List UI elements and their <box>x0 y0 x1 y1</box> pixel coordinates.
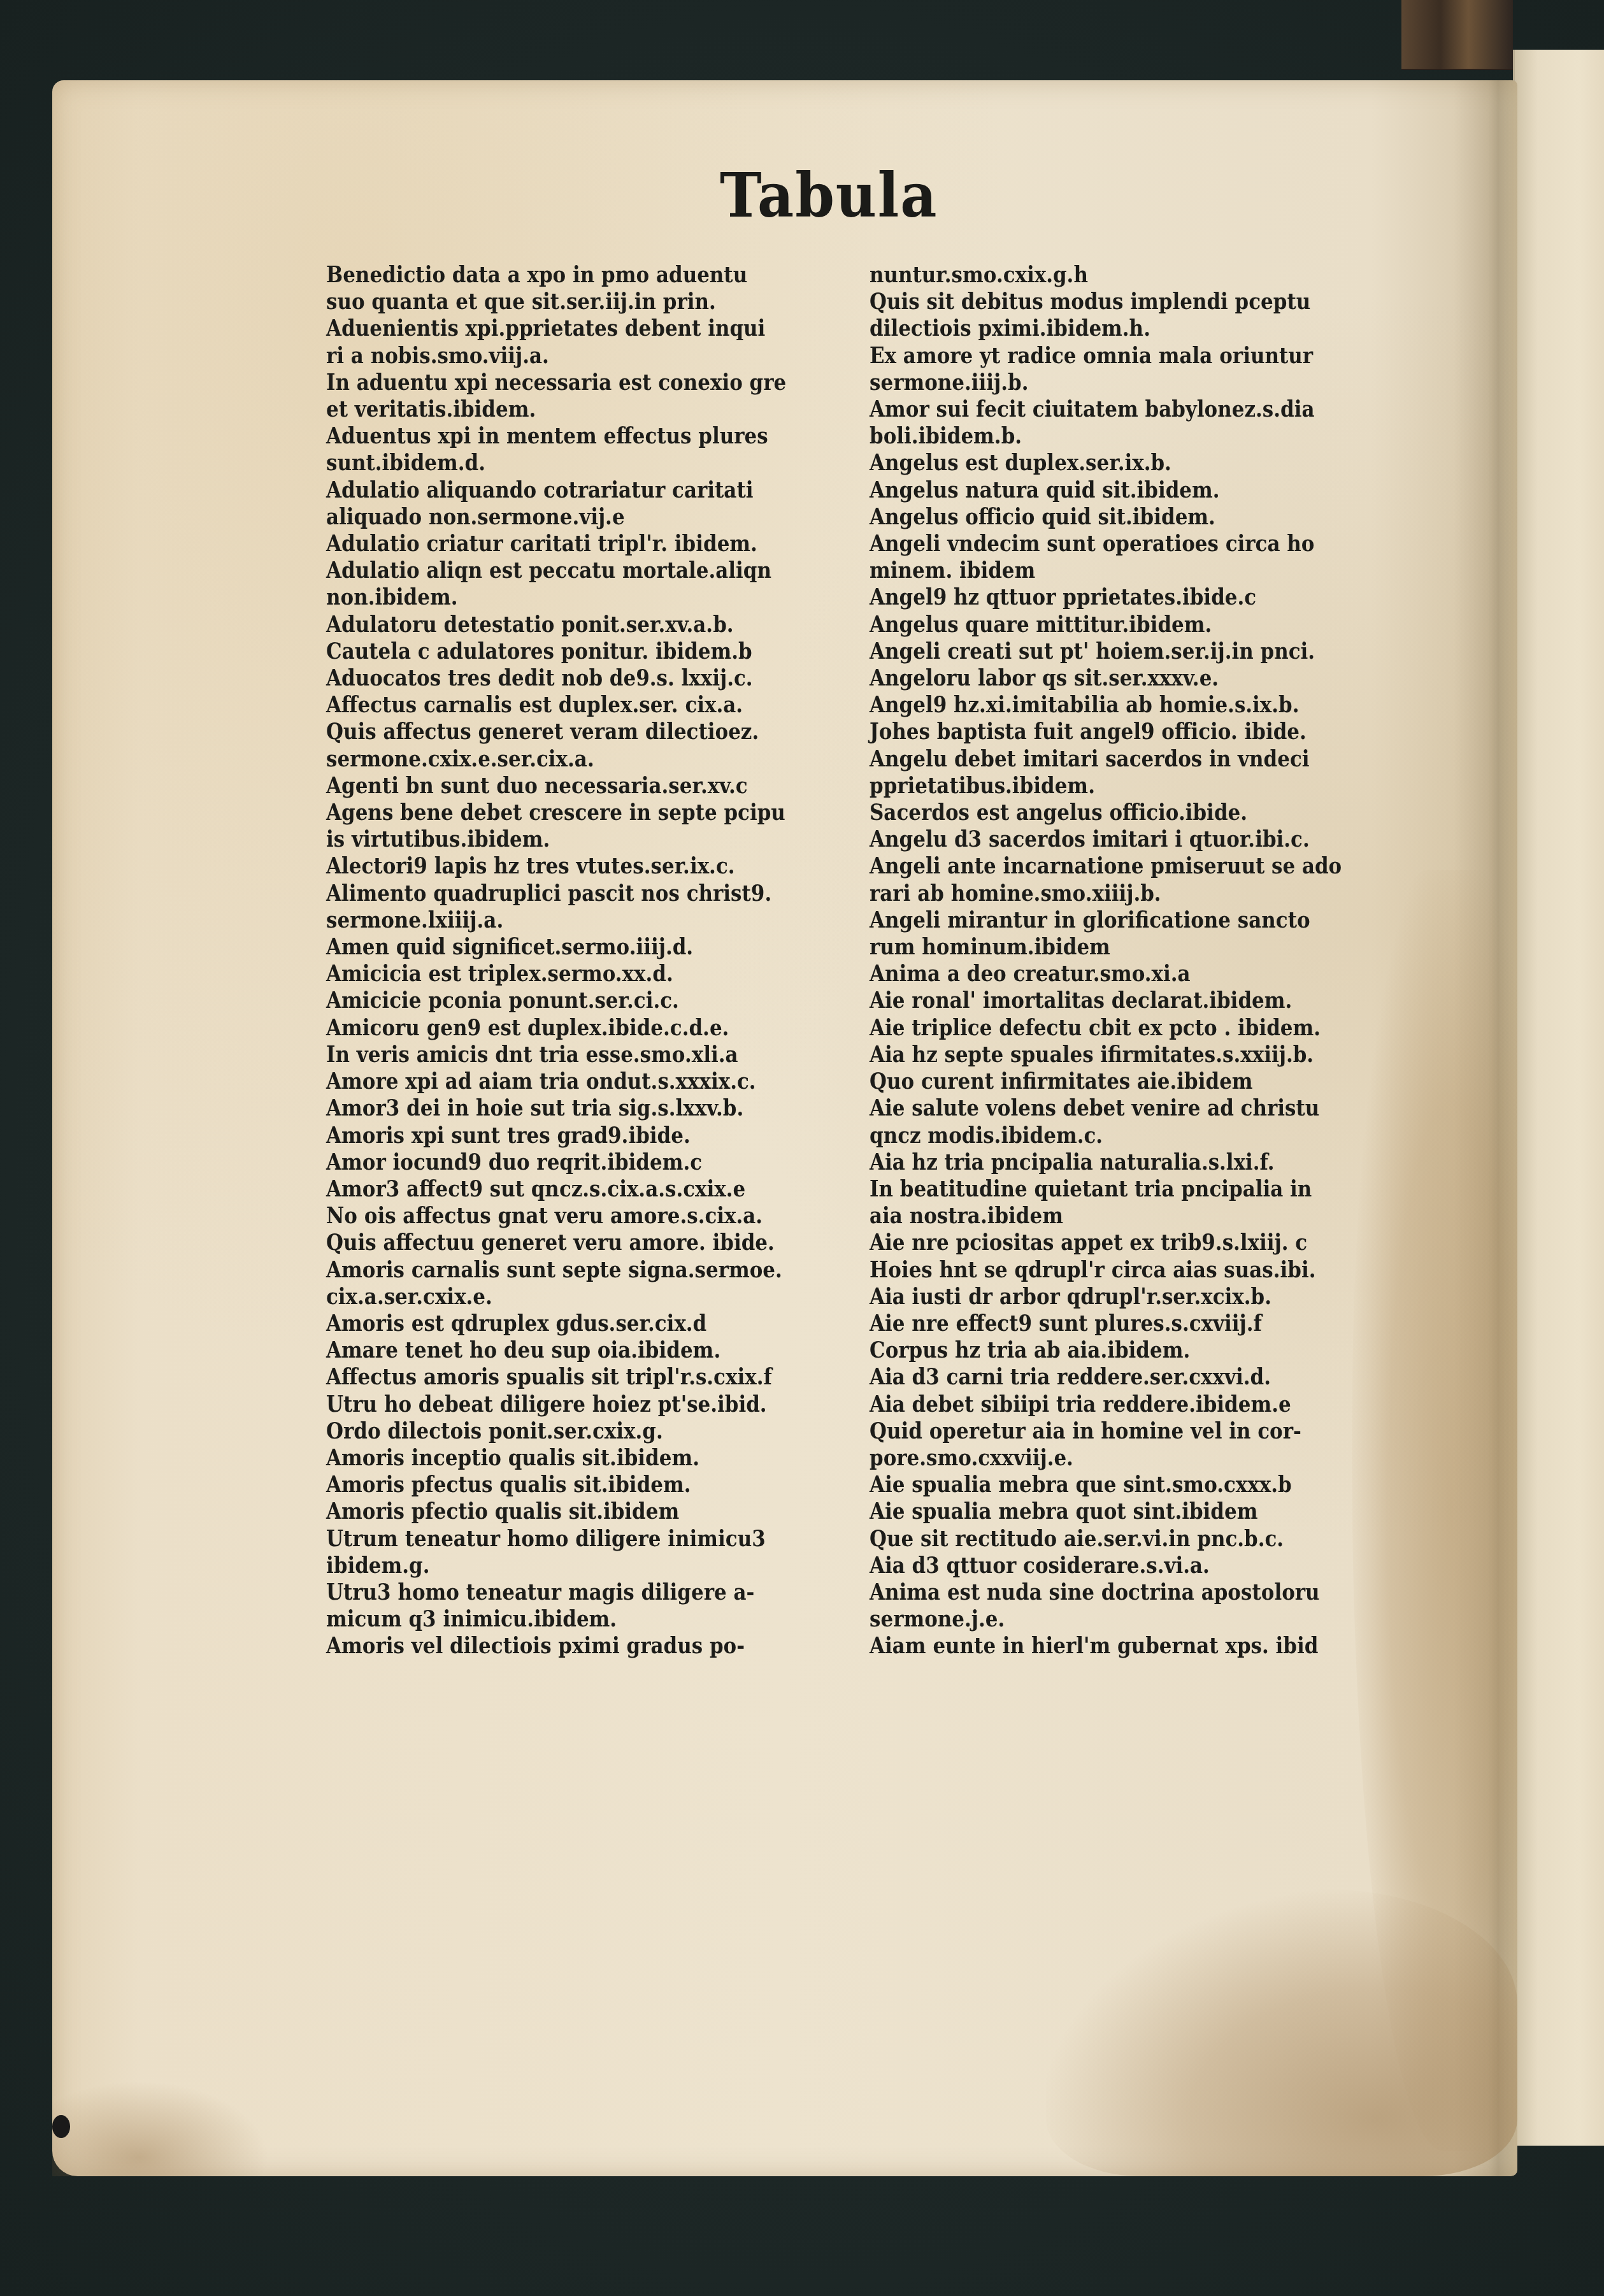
index-entry: Alimento quadruplici pascit nos christ9.… <box>326 880 861 933</box>
index-entry: Utrum teneatur homo diligere inimicu3ibi… <box>326 1525 861 1579</box>
index-entry-heading-line: No ois affectus gnat veru amore.s.cix.a. <box>326 1202 786 1229</box>
index-entry: Ordo dilectois ponit.ser.cxix.g. <box>326 1417 861 1444</box>
index-entry-heading-line: Ordo dilectois ponit.ser.cxix.g. <box>326 1417 786 1444</box>
index-entry: Quis sit debitus modus implendi pceptudi… <box>870 288 1419 341</box>
index-entry-heading-line: Adulatio aliquando cotrariatur caritati <box>326 477 786 503</box>
index-entry-continuation-line: sermone.j.e. <box>870 1605 1342 1632</box>
index-entry-heading-line: Angelus est duplex.ser.ix.b. <box>870 449 1342 476</box>
index-entry-heading-line: Aiam eunte in hierl'm gubernat xps. ibid <box>870 1632 1342 1659</box>
index-entry-heading-line: Angelus officio quid sit.ibidem. <box>870 503 1342 530</box>
index-entry-heading-line: Amoris pfectus qualis sit.ibidem. <box>326 1471 786 1498</box>
index-entry-heading-line: Angelu d3 sacerdos imitari i qtuor.ibi.c… <box>870 826 1342 852</box>
index-entry: Angelus quare mittitur.ibidem. <box>870 611 1419 638</box>
index-entry: Sacerdos est angelus officio.ibide. <box>870 799 1419 826</box>
index-entry: Hoies hnt se qdrupl'r circa aias suas.ib… <box>870 1256 1419 1283</box>
index-entry: Quo curent infirmitates aie.ibidem <box>870 1068 1419 1094</box>
index-entry-heading-line: Amare tenet ho deu sup oia.ibidem. <box>326 1337 786 1363</box>
index-entry: Agenti bn sunt duo necessaria.ser.xv.c <box>326 772 861 799</box>
index-entry-heading-line: Agens bene debet crescere in septe pcipu <box>326 799 786 826</box>
index-entry: Aia hz septe spuales ifirmitates.s.xxiij… <box>870 1041 1419 1068</box>
index-entry: Quis affectuu generet veru amore. ibide. <box>326 1229 861 1256</box>
index-entry-heading-line: Adulatoru detestatio ponit.ser.xv.a.b. <box>326 611 786 638</box>
index-entry-heading-line: Aia hz tria pncipalia naturalia.s.lxi.f. <box>870 1149 1342 1175</box>
index-entry: Amoris vel dilectiois pximi gradus po- <box>326 1632 861 1659</box>
index-entry-heading-line: In veris amicis dnt tria esse.smo.xli.a <box>326 1041 786 1068</box>
index-entry-heading-line: Aia iusti dr arbor qdrupl'r.ser.xcix.b. <box>870 1283 1342 1310</box>
index-entry: Benedictio data a xpo in pmo aduentusuo … <box>326 261 861 315</box>
index-entry-continuation-line: aliquado non.sermone.vij.e <box>326 503 786 530</box>
index-entry-continuation-line: sunt.ibidem.d. <box>326 449 786 476</box>
index-entry: Affectus carnalis est duplex.ser. cix.a. <box>326 691 861 718</box>
index-entry: Aie nre pciositas appet ex trib9.s.lxiij… <box>870 1229 1419 1256</box>
index-entry: Aie spualia mebra que sint.smo.cxxx.b <box>870 1471 1419 1498</box>
index-entry-heading-line: Amor3 affect9 sut qncz.s.cix.a.s.cxix.e <box>326 1175 786 1202</box>
index-entry-heading-line: Utru ho debeat diligere hoiez pt'se.ibid… <box>326 1391 786 1417</box>
index-entry: Amor iocund9 duo reqrit.ibidem.c <box>326 1149 861 1175</box>
index-entry: Adulatoru detestatio ponit.ser.xv.a.b. <box>326 611 861 638</box>
index-entry-continuation-line: sermone.cxix.e.ser.cix.a. <box>326 745 786 772</box>
index-entry: Aiam eunte in hierl'm gubernat xps. ibid <box>870 1632 1419 1659</box>
index-entry-heading-line: Angel9 hz qttuor pprietates.ibide.c <box>870 584 1342 610</box>
index-entry-heading-line: Aduenientis xpi.pprietates debent inqui <box>326 315 786 341</box>
index-entry: Angeli ante incarnatione pmiseruut se ad… <box>870 852 1419 906</box>
index-entry-heading-line: Amore xpi ad aiam tria ondut.s.xxxix.c. <box>326 1068 786 1094</box>
index-entry: Aduenientis xpi.pprietates debent inquir… <box>326 315 861 368</box>
index-entry: Angel9 hz.xi.imitabilia ab homie.s.ix.b. <box>870 691 1419 718</box>
index-entry-heading-line: Aduentus xpi in mentem effectus plures <box>326 422 786 449</box>
index-entry: Amor3 dei in hoie sut tria sig.s.lxxv.b. <box>326 1094 861 1121</box>
adjacent-page-edge <box>1513 50 1604 2146</box>
index-entry: Amoris pfectio qualis sit.ibidem <box>326 1498 861 1525</box>
index-entry-heading-line: In beatitudine quietant tria pncipalia i… <box>870 1175 1342 1202</box>
index-entry-heading-line: Adulatio criatur caritati tripl'r. ibide… <box>326 530 786 557</box>
index-entry-heading-line: Affectus carnalis est duplex.ser. cix.a. <box>326 691 786 718</box>
index-entry-heading-line: Que sit rectitudo aie.ser.vi.in pnc.b.c. <box>870 1525 1342 1552</box>
index-entry-heading-line: Anima est nuda sine doctrina apostoloru <box>870 1579 1342 1605</box>
index-entry-heading-line: Amicicia est triplex.sermo.xx.d. <box>326 960 786 987</box>
index-entry-heading-line: Ex amore yt radice omnia mala oriuntur <box>870 342 1342 369</box>
index-entry-heading-line: nuntur.smo.cxix.g.h <box>870 261 1342 288</box>
index-entry-heading-line: Aie spualia mebra que sint.smo.cxxx.b <box>870 1471 1342 1498</box>
index-entry: Angeli creati sut pt' hoiem.ser.ij.in pn… <box>870 638 1419 664</box>
index-entry-heading-line: Aduocatos tres dedit nob de9.s. lxxij.c. <box>326 664 786 691</box>
index-entry-heading-line: Amen quid significet.sermo.iiij.d. <box>326 933 786 960</box>
index-entry: Adulatio criatur caritati tripl'r. ibide… <box>326 530 861 557</box>
index-entry: Angelu d3 sacerdos imitari i qtuor.ibi.c… <box>870 826 1419 852</box>
index-entry: Aie salute volens debet venire ad christ… <box>870 1094 1419 1148</box>
index-entry: Affectus amoris spualis sit tripl'r.s.cx… <box>326 1363 861 1390</box>
index-entry: Aie triplice defectu cbit ex pcto . ibid… <box>870 1014 1419 1041</box>
index-entry: Ex amore yt radice omnia mala oriunturse… <box>870 342 1419 396</box>
index-entry: Amare tenet ho deu sup oia.ibidem. <box>326 1337 861 1363</box>
index-entry-heading-line: Hoies hnt se qdrupl'r circa aias suas.ib… <box>870 1256 1342 1283</box>
index-entry: No ois affectus gnat veru amore.s.cix.a. <box>326 1202 861 1229</box>
index-entry-continuation-line: boli.ibidem.b. <box>870 422 1342 449</box>
index-entry: Angelus est duplex.ser.ix.b. <box>870 449 1419 476</box>
index-entry: Angelu debet imitari sacerdos in vndecip… <box>870 745 1419 799</box>
index-entry-heading-line: Amoris xpi sunt tres grad9.ibide. <box>326 1122 786 1149</box>
index-entry-heading-line: Alimento quadruplici pascit nos christ9. <box>326 880 786 907</box>
index-entry-continuation-line: ri a nobis.smo.viij.a. <box>326 342 786 369</box>
index-entry-heading-line: Aia hz septe spuales ifirmitates.s.xxiij… <box>870 1041 1342 1068</box>
index-entry-heading-line: Amoris vel dilectiois pximi gradus po- <box>326 1632 786 1659</box>
index-entry: Amicicia est triplex.sermo.xx.d. <box>326 960 861 987</box>
index-entry: Amoris xpi sunt tres grad9.ibide. <box>326 1122 861 1149</box>
index-entry: Angeli mirantur in glorificatione sancto… <box>870 907 1419 960</box>
index-column-left: Benedictio data a xpo in pmo aduentusuo … <box>326 261 861 1660</box>
index-entry-heading-line: Sacerdos est angelus officio.ibide. <box>870 799 1342 826</box>
index-entry-continuation-line: rum hominum.ibidem <box>870 933 1342 960</box>
index-entry-heading-line: Aie nre effect9 sunt plures.s.cxviij.f <box>870 1310 1342 1337</box>
index-entry: Amicicie pconia ponunt.ser.ci.c. <box>326 987 861 1014</box>
index-entry: Amoris carnalis sunt septe signa.sermoe.… <box>326 1256 861 1310</box>
index-entry-continuation-line: pore.smo.cxxviij.e. <box>870 1444 1342 1471</box>
index-entry-heading-line: Aie nre pciositas appet ex trib9.s.lxiij… <box>870 1229 1342 1256</box>
index-entry-heading-line: Quis affectuu generet veru amore. ibide. <box>326 1229 786 1256</box>
index-column-right: nuntur.smo.cxix.g.hQuis sit debitus modu… <box>870 261 1419 1660</box>
index-entry: Que sit rectitudo aie.ser.vi.in pnc.b.c. <box>870 1525 1419 1552</box>
index-entry: Angeloru labor qs sit.ser.xxxv.e. <box>870 664 1419 691</box>
index-entry: Utru3 homo teneatur magis diligere a-mic… <box>326 1579 861 1632</box>
index-entry: Amoris est qdruplex gdus.ser.cix.d <box>326 1310 861 1337</box>
index-entry: Angelus officio quid sit.ibidem. <box>870 503 1419 530</box>
index-entry: Aie ronal' imortalitas declarat.ibidem. <box>870 987 1419 1014</box>
index-entry-continuation-line: pprietatibus.ibidem. <box>870 772 1342 799</box>
index-entry: Utru ho debeat diligere hoiez pt'se.ibid… <box>326 1391 861 1417</box>
index-entry-heading-line: Quo curent infirmitates aie.ibidem <box>870 1068 1342 1094</box>
index-entry-continuation-line: aia nostra.ibidem <box>870 1202 1342 1229</box>
ink-blot <box>52 2115 70 2138</box>
index-entry-heading-line: Benedictio data a xpo in pmo aduentu <box>326 261 786 288</box>
index-entry-continuation-line: suo quanta et que sit.ser.iij.in prin. <box>326 288 786 315</box>
index-entry-continuation-line: sermone.lxiiij.a. <box>326 907 786 933</box>
index-entry: Anima a deo creatur.smo.xi.a <box>870 960 1419 987</box>
index-entry-heading-line: Aie triplice defectu cbit ex pcto . ibid… <box>870 1014 1342 1041</box>
index-entry: Amen quid significet.sermo.iiij.d. <box>326 933 861 960</box>
water-stain-bottom-left <box>52 2081 269 2176</box>
index-entry: Quid operetur aia in homine vel in cor-p… <box>870 1417 1419 1471</box>
index-entry-heading-line: Amor sui fecit ciuitatem babylonez.s.dia <box>870 396 1342 422</box>
index-entry: nuntur.smo.cxix.g.h <box>870 261 1419 288</box>
index-entry-heading-line: Amoris carnalis sunt septe signa.sermoe. <box>326 1256 786 1283</box>
index-entry-heading-line: Amoris est qdruplex gdus.ser.cix.d <box>326 1310 786 1337</box>
index-entry-heading-line: Aia d3 qttuor cosiderare.s.vi.a. <box>870 1552 1342 1579</box>
book-binding <box>1401 0 1513 70</box>
index-entry: Quis affectus generet veram dilectioez.s… <box>326 718 861 771</box>
index-entry: Amicoru gen9 est duplex.ibide.c.d.e. <box>326 1014 861 1041</box>
index-entry-heading-line: Angelus quare mittitur.ibidem. <box>870 611 1342 638</box>
index-entry: Amoris pfectus qualis sit.ibidem. <box>326 1471 861 1498</box>
index-entry-continuation-line: ibidem.g. <box>326 1552 786 1579</box>
index-entry: In aduentu xpi necessaria est conexio gr… <box>326 369 861 422</box>
index-entry-continuation-line: is virtutibus.ibidem. <box>326 826 786 852</box>
index-entry-continuation-line: micum q3 inimicu.ibidem. <box>326 1605 786 1632</box>
index-entry: Aduocatos tres dedit nob de9.s. lxxij.c. <box>326 664 861 691</box>
index-entry-heading-line: Alectori9 lapis hz tres vtutes.ser.ix.c. <box>326 852 786 879</box>
index-entry-continuation-line: non.ibidem. <box>326 584 786 610</box>
index-entry-heading-line: Amor iocund9 duo reqrit.ibidem.c <box>326 1149 786 1175</box>
index-entry-continuation-line: sermone.iiij.b. <box>870 369 1342 396</box>
index-entry: Johes baptista fuit angel9 officio. ibid… <box>870 718 1419 745</box>
index-entry-heading-line: Adulatio aliqn est peccatu mortale.aliqn <box>326 557 786 584</box>
index-entry-heading-line: Angelu debet imitari sacerdos in vndeci <box>870 745 1342 772</box>
index-entry: Corpus hz tria ab aia.ibidem. <box>870 1337 1419 1363</box>
index-entry-heading-line: Angeloru labor qs sit.ser.xxxv.e. <box>870 664 1342 691</box>
index-entry: Amoris inceptio qualis sit.ibidem. <box>326 1444 861 1471</box>
index-entry-heading-line: Angel9 hz.xi.imitabilia ab homie.s.ix.b. <box>870 691 1342 718</box>
index-entry: Agens bene debet crescere in septe pcipu… <box>326 799 861 852</box>
index-entry: Amore xpi ad aiam tria ondut.s.xxxix.c. <box>326 1068 861 1094</box>
index-entry-heading-line: Aia debet sibiipi tria reddere.ibidem.e <box>870 1391 1342 1417</box>
index-entry: Angelus natura quid sit.ibidem. <box>870 477 1419 503</box>
index-entry: Adulatio aliqn est peccatu mortale.aliqn… <box>326 557 861 610</box>
index-entry: Amor3 affect9 sut qncz.s.cix.a.s.cxix.e <box>326 1175 861 1202</box>
index-entry-heading-line: Affectus amoris spualis sit tripl'r.s.cx… <box>326 1363 786 1390</box>
index-entry: Aia iusti dr arbor qdrupl'r.ser.xcix.b. <box>870 1283 1419 1310</box>
index-entry-continuation-line: rari ab homine.smo.xiiij.b. <box>870 880 1342 907</box>
index-entry-heading-line: Amicoru gen9 est duplex.ibide.c.d.e. <box>326 1014 786 1041</box>
index-entry-heading-line: Angeli creati sut pt' hoiem.ser.ij.in pn… <box>870 638 1342 664</box>
index-entry-continuation-line: et veritatis.ibidem. <box>326 396 786 422</box>
index-entry: Adulatio aliquando cotrariatur caritatia… <box>326 477 861 530</box>
index-entry-continuation-line: dilectiois pximi.ibidem.h. <box>870 315 1342 341</box>
index-entry: Aie nre effect9 sunt plures.s.cxviij.f <box>870 1310 1419 1337</box>
index-entry-heading-line: Angeli mirantur in glorificatione sancto <box>870 907 1342 933</box>
page-title: Tabula <box>720 159 938 231</box>
index-entry-heading-line: Aie ronal' imortalitas declarat.ibidem. <box>870 987 1342 1014</box>
index-entry: Aia d3 qttuor cosiderare.s.vi.a. <box>870 1552 1419 1579</box>
index-entry: Amor sui fecit ciuitatem babylonez.s.dia… <box>870 396 1419 449</box>
index-entry-heading-line: Quis sit debitus modus implendi pceptu <box>870 288 1342 315</box>
index-entry-heading-line: Utru3 homo teneatur magis diligere a- <box>326 1579 786 1605</box>
index-entry-heading-line: Aia d3 carni tria reddere.ser.cxxvi.d. <box>870 1363 1342 1390</box>
index-entry-continuation-line: cix.a.ser.cxix.e. <box>326 1283 786 1310</box>
index-entry-heading-line: Angelus natura quid sit.ibidem. <box>870 477 1342 503</box>
index-entry-heading-line: Aie salute volens debet venire ad christ… <box>870 1094 1342 1121</box>
index-entry: Cautela c adulatores ponitur. ibidem.b <box>326 638 861 664</box>
index-entry-heading-line: Amoris pfectio qualis sit.ibidem <box>326 1498 786 1525</box>
index-entry: Aie spualia mebra quot sint.ibidem <box>870 1498 1419 1525</box>
index-entry: Aduentus xpi in mentem effectus pluressu… <box>326 422 861 476</box>
water-stain-bottom-right <box>1046 1890 1517 2176</box>
index-entry: Alectori9 lapis hz tres vtutes.ser.ix.c. <box>326 852 861 879</box>
index-entry-heading-line: Angeli ante incarnatione pmiseruut se ad… <box>870 852 1342 879</box>
index-entry: Anima est nuda sine doctrina apostolorus… <box>870 1579 1419 1632</box>
index-entry-heading-line: Corpus hz tria ab aia.ibidem. <box>870 1337 1342 1363</box>
index-entry-heading-line: Cautela c adulatores ponitur. ibidem.b <box>326 638 786 664</box>
index-entry: Aia d3 carni tria reddere.ser.cxxvi.d. <box>870 1363 1419 1390</box>
index-entry-heading-line: Angeli vndecim sunt operatioes circa ho <box>870 530 1342 557</box>
index-entry-heading-line: Agenti bn sunt duo necessaria.ser.xv.c <box>326 772 786 799</box>
index-entry-continuation-line: qncz modis.ibidem.c. <box>870 1122 1342 1149</box>
index-entry-heading-line: Utrum teneatur homo diligere inimicu3 <box>326 1525 786 1552</box>
index-entry-heading-line: Anima a deo creatur.smo.xi.a <box>870 960 1342 987</box>
index-entry-continuation-line: minem. ibidem <box>870 557 1342 584</box>
index-entry-heading-line: Amicicie pconia ponunt.ser.ci.c. <box>326 987 786 1014</box>
index-entry: In veris amicis dnt tria esse.smo.xli.a <box>326 1041 861 1068</box>
index-entry-heading-line: Quid operetur aia in homine vel in cor- <box>870 1417 1342 1444</box>
index-entry-heading-line: Amoris inceptio qualis sit.ibidem. <box>326 1444 786 1471</box>
index-entry-heading-line: Aie spualia mebra quot sint.ibidem <box>870 1498 1342 1525</box>
index-entry: Angel9 hz qttuor pprietates.ibide.c <box>870 584 1419 610</box>
index-entry: Angeli vndecim sunt operatioes circa hom… <box>870 530 1419 584</box>
index-entry-heading-line: Johes baptista fuit angel9 officio. ibid… <box>870 718 1342 745</box>
index-entry-heading-line: Amor3 dei in hoie sut tria sig.s.lxxv.b. <box>326 1094 786 1121</box>
index-entry: In beatitudine quietant tria pncipalia i… <box>870 1175 1419 1229</box>
index-entry-heading-line: In aduentu xpi necessaria est conexio gr… <box>326 369 786 396</box>
index-entry: Aia debet sibiipi tria reddere.ibidem.e <box>870 1391 1419 1417</box>
index-entry: Aia hz tria pncipalia naturalia.s.lxi.f. <box>870 1149 1419 1175</box>
index-entry-heading-line: Quis affectus generet veram dilectioez. <box>326 718 786 745</box>
